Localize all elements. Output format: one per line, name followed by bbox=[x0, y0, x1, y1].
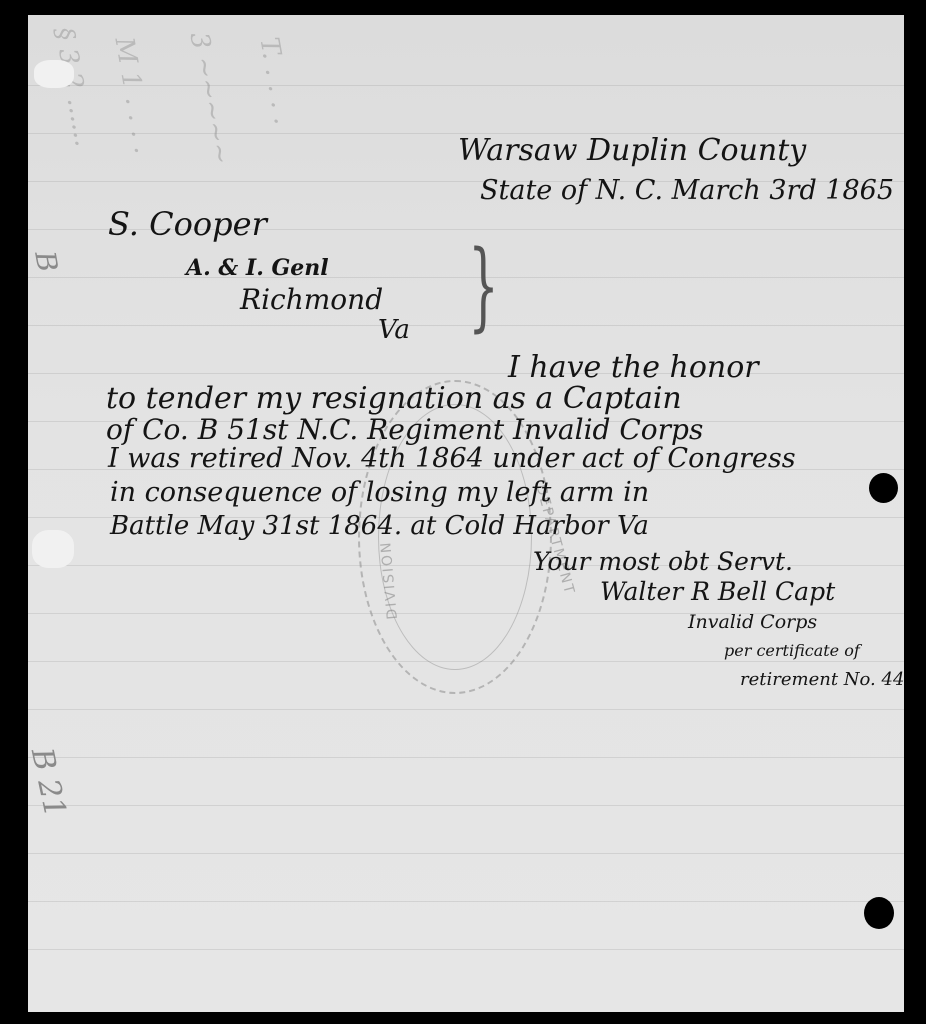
punch-hole bbox=[869, 473, 898, 503]
bleed-through-text: T. . . . . bbox=[253, 35, 298, 127]
body-line-2: to tender my resignation as a Captain bbox=[106, 381, 682, 416]
body-line-6: Battle May 31st 1864. at Cold Harbor Va bbox=[110, 511, 649, 541]
certificate-note-line-1: per certificate of bbox=[724, 641, 860, 660]
bleed-through-text: 3 ~~~~~ bbox=[183, 30, 236, 167]
ruled-line bbox=[28, 949, 904, 950]
paper-patch bbox=[32, 530, 74, 568]
letter-page: § 3 2 ...... M 1 . . . . 3 ~~~~~ T. . . … bbox=[28, 15, 904, 1012]
signature: Walter R Bell Capt bbox=[600, 577, 835, 606]
body-line-1: I have the honor bbox=[508, 350, 759, 385]
ruled-line bbox=[28, 85, 904, 86]
closing-complimentary: Your most obt Servt. bbox=[533, 547, 793, 576]
address-brace: } bbox=[468, 230, 499, 342]
ruled-line bbox=[28, 709, 904, 710]
ruled-line bbox=[28, 853, 904, 854]
addressee-state: Va bbox=[378, 315, 410, 345]
ruled-line bbox=[28, 901, 904, 902]
body-line-4: I was retired Nov. 4th 1864 under act of… bbox=[108, 443, 796, 474]
heading-place: Warsaw Duplin County bbox=[458, 133, 806, 168]
body-line-3: of Co. B 51st N.C. Regiment Invalid Corp… bbox=[106, 413, 703, 446]
certificate-note-line-2: retirement No. 440 bbox=[740, 669, 904, 690]
body-line-5: in consequence of losing my left arm in bbox=[110, 477, 649, 508]
addressee-name: S. Cooper bbox=[108, 205, 267, 243]
ruled-line bbox=[28, 805, 904, 806]
margin-note-top-left: B bbox=[28, 249, 64, 275]
ruled-line bbox=[28, 277, 904, 278]
bleed-through-text: M 1 . . . . bbox=[108, 35, 158, 156]
ruled-line bbox=[28, 373, 904, 374]
addressee-title: A. & I. Genl bbox=[186, 255, 329, 281]
paper-patch bbox=[34, 60, 74, 88]
signature-unit: Invalid Corps bbox=[688, 611, 817, 633]
heading-date: State of N. C. March 3rd 1865 bbox=[480, 175, 894, 206]
ruled-line bbox=[28, 757, 904, 758]
ruled-line bbox=[28, 325, 904, 326]
punch-hole bbox=[864, 897, 894, 929]
addressee-city: Richmond bbox=[240, 283, 383, 316]
